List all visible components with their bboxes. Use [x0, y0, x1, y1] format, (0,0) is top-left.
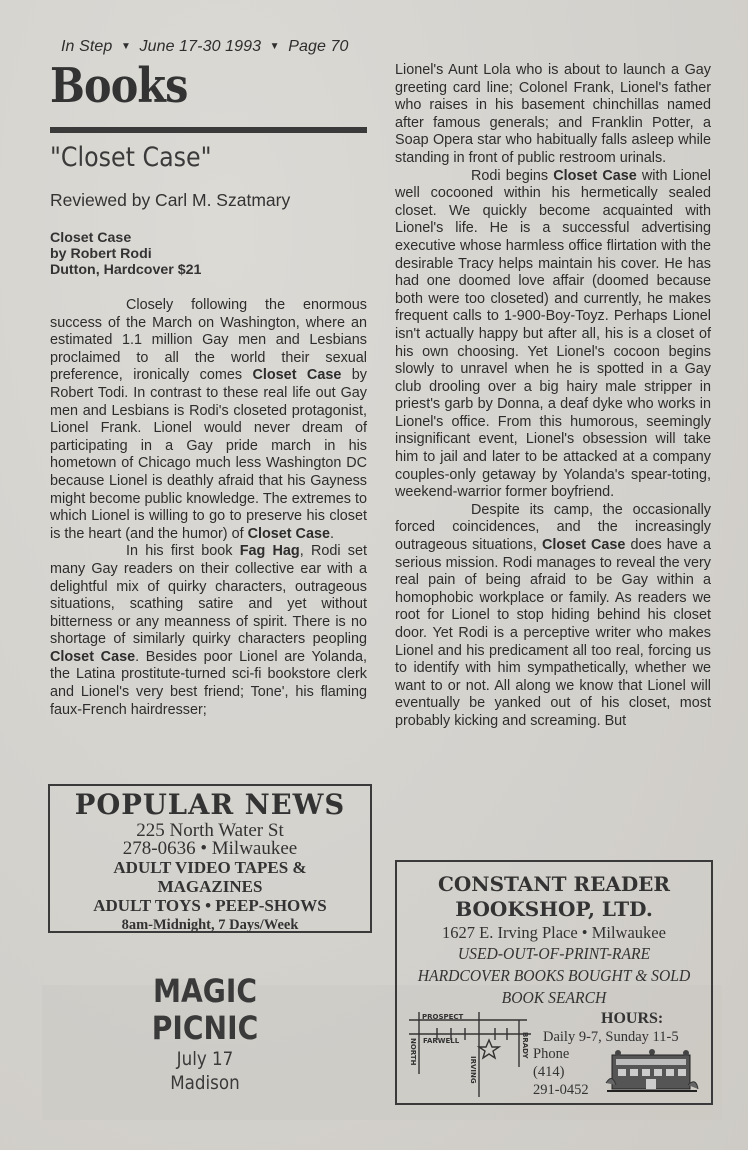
ad-line: MAGAZINES [50, 877, 370, 896]
book-title: Closet Case [50, 230, 201, 246]
book-info: Closet Case by Robert Rodi Dutton, Hardc… [50, 230, 201, 278]
newspaper-page: In Step ▼ June 17-30 1993 ▼ Page 70 Book… [0, 0, 748, 1150]
phone-block: Phone (414) 291-0452 [533, 1045, 589, 1099]
article-paragraph: Lionel's Aunt Lola who is about to launc… [395, 62, 711, 168]
map-label-brady: BRADY [521, 1032, 529, 1059]
ad-name-line: CONSTANT READER [397, 872, 711, 897]
book-publisher: Dutton, Hardcover $21 [50, 262, 201, 278]
publication-name: In Step [61, 38, 112, 55]
article-column-left: Closely following the enormous success o… [50, 297, 367, 719]
section-title: Books [50, 58, 188, 114]
ad-phone-city: 278-0636 • Milwaukee [50, 840, 370, 858]
book-title-mention: Closet Case [50, 649, 135, 665]
map-label-prospect: PROSPECT [422, 1013, 463, 1021]
ad-line: ADULT VIDEO TAPES & [50, 858, 370, 877]
book-title-mention: Closet Case [542, 537, 625, 553]
article-paragraph: Despite its camp, the occasionally force… [395, 502, 711, 731]
map-label-farwell: FARWELL [423, 1037, 459, 1045]
ad-address: 1627 E. Irving Place • Milwaukee [397, 922, 711, 943]
page-folio: In Step ▼ June 17-30 1993 ▼ Page 70 [61, 38, 349, 56]
article-paragraph: In his first book Fag Hag, Rodi set many… [50, 543, 367, 719]
triangle-separator-icon: ▼ [270, 41, 280, 52]
article-headline: "Closet Case" [50, 142, 212, 173]
street-map-lines-icon [409, 1012, 534, 1097]
ad-tagline: BOOK SEARCH [410, 987, 699, 1009]
triangle-separator-icon: ▼ [121, 41, 131, 52]
hours-value: Daily 9-7, Sunday 11-5 [543, 1029, 679, 1046]
book-title-mention: Closet Case [248, 526, 330, 542]
article-paragraph: Rodi begins Closet Case with Lionel well… [395, 168, 711, 502]
ad-tagline: HARDCOVER BOOKS BOUGHT & SOLD [410, 965, 699, 987]
street-map: PROSPECT FARWELL NORTH IRVING BRADY [409, 1012, 534, 1097]
ad-constant-reader: CONSTANT READER BOOKSHOP, LTD. 1627 E. I… [395, 860, 713, 1105]
ad-tagline: USED-OUT-OF-PRINT-RARE [410, 943, 699, 965]
ad-title-line: PICNIC [139, 1010, 271, 1047]
ad-date: July 17 [139, 1047, 271, 1071]
book-title-mention: Closet Case [253, 367, 342, 383]
article-column-right: Lionel's Aunt Lola who is about to launc… [395, 62, 711, 731]
ad-popular-news: POPULAR NEWS 225 North Water St 278-0636… [48, 784, 372, 933]
book-title-mention: Fag Hag [240, 543, 300, 559]
phone-label: Phone [533, 1045, 589, 1063]
ad-text-block: MAGIC PICNIC July 17 Madison [130, 973, 280, 1095]
phone-number: 291-0452 [533, 1081, 589, 1099]
ad-line: ADULT TOYS • PEEP-SHOWS [50, 896, 370, 915]
phone-area-code: (414) [533, 1063, 589, 1081]
ad-place: Madison [139, 1071, 271, 1095]
map-label-north: NORTH [409, 1038, 417, 1066]
issue-date: June 17-30 1993 [140, 38, 262, 55]
book-title-mention: Closet Case [553, 168, 637, 184]
storefront-illustration-icon [602, 1045, 702, 1095]
ad-name-line: BOOKSHOP, LTD. [397, 897, 711, 922]
article-paragraph: Closely following the enormous success o… [50, 297, 367, 543]
ad-name: POPULAR NEWS [53, 788, 367, 822]
map-label-irving: IRVING [469, 1056, 477, 1084]
section-rule [50, 127, 367, 133]
book-author: by Robert Rodi [50, 246, 201, 262]
hours-label: HOURS: [601, 1010, 663, 1028]
article-byline: Reviewed by Carl M. Szatmary [50, 190, 290, 211]
ad-title-line: MAGIC [139, 973, 271, 1010]
page-number: Page 70 [288, 38, 348, 55]
ad-hours: 8am-Midnight, 7 Days/Week [50, 916, 370, 934]
